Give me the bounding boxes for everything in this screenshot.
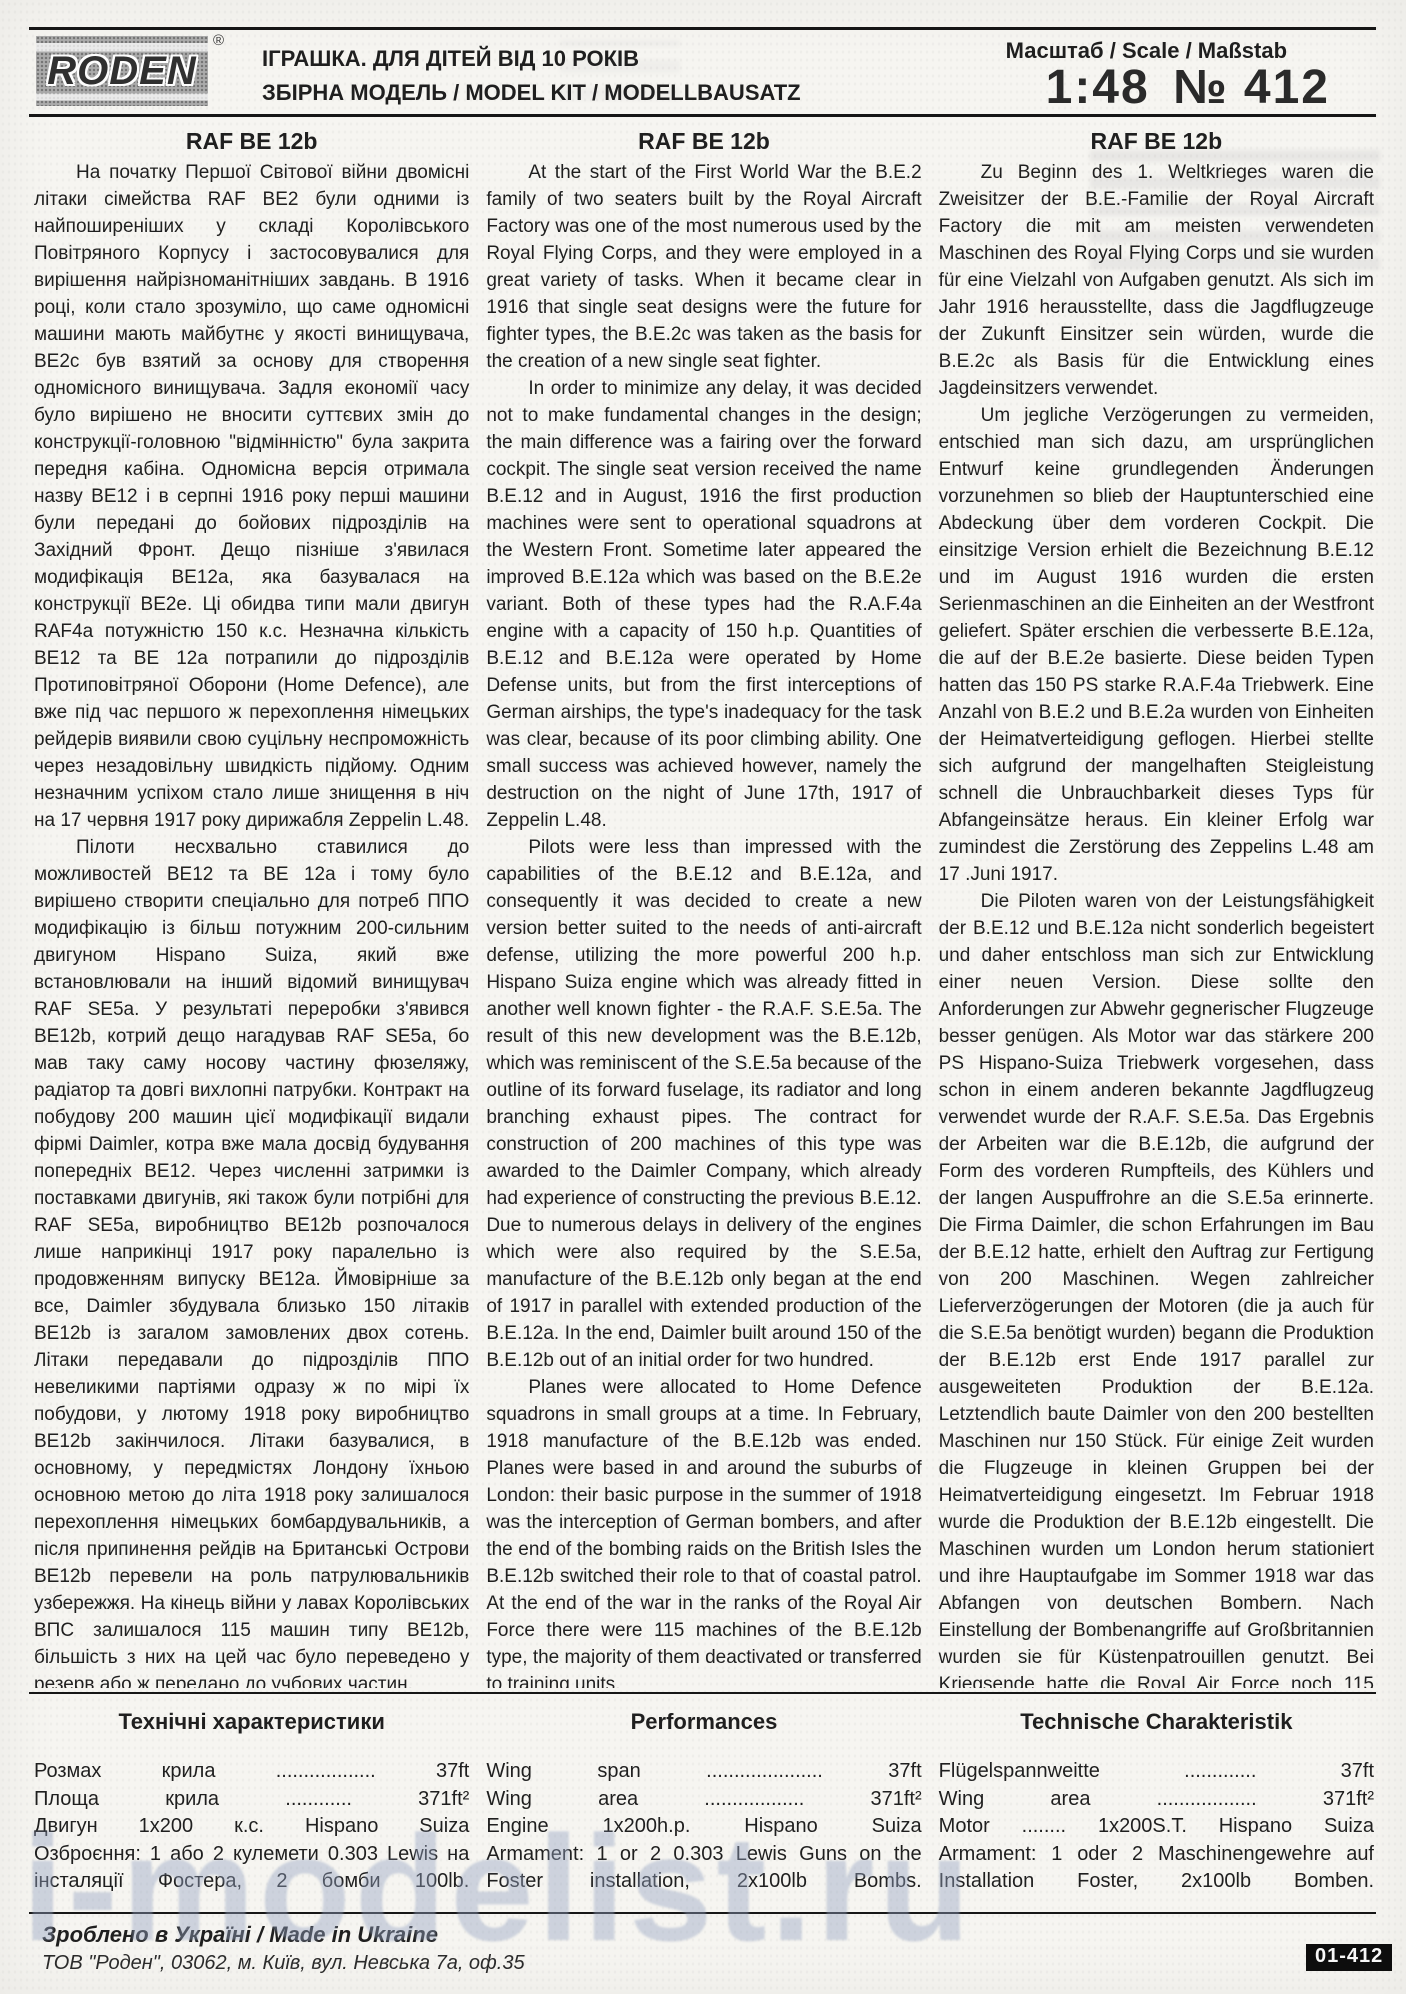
made-in-label: Зроблено в Україні / Made in Ukraine bbox=[42, 1920, 525, 1950]
spec-wing-area: Площа крила ............ 371ft² bbox=[34, 1786, 469, 1814]
header: RODEN ® ІГРАШКА. ДЛЯ ДІТЕЙ ВІД 10 РОКІВ … bbox=[36, 36, 1375, 112]
paragraph: Пілоти несхвально ставилися до можливост… bbox=[34, 834, 469, 1688]
specs-heading: Technische Charakteristik bbox=[939, 1708, 1374, 1736]
spec-engine: Motor ........ 1x200S.T. Hispano Suiza bbox=[939, 1813, 1374, 1841]
column-heading: RAF BE 12b bbox=[939, 126, 1374, 156]
footer-divider-rule bbox=[29, 1912, 1376, 1914]
brand-name: RODEN bbox=[47, 49, 196, 94]
paragraph: Die Piloten waren von der Leistungsfähig… bbox=[939, 888, 1374, 1688]
specs-heading: Технічні характеристики bbox=[34, 1708, 469, 1736]
specs-ukrainian: Технічні характеристики Розмах крила ...… bbox=[34, 1708, 469, 1896]
spec-wing-span: Flügelspannweitte ............. 37ft bbox=[939, 1758, 1374, 1786]
header-titles: ІГРАШКА. ДЛЯ ДІТЕЙ ВІД 10 РОКІВ ЗБІРНА М… bbox=[262, 36, 801, 112]
spec-armament-cont: Installation Foster, 2x100lb Bomben. bbox=[939, 1868, 1374, 1896]
spec-engine: Двигун 1x200 к.с. Hispano Suiza bbox=[34, 1813, 469, 1841]
scale-value: 1:48 bbox=[1046, 60, 1150, 115]
model-kit-label: ЗБІРНА МОДЕЛЬ / MODEL KIT / MODELLBAUSAT… bbox=[262, 78, 801, 108]
column-heading: RAF BE 12b bbox=[486, 126, 921, 156]
paragraph: На початку Першої Світової війни двомісн… bbox=[34, 159, 469, 834]
top-border-rule bbox=[29, 27, 1376, 30]
paragraph: Planes were allocated to Home Defence sq… bbox=[486, 1374, 921, 1688]
header-scale-block: Масштаб / Scale / Maßstab 1:48 № 412 bbox=[801, 36, 1375, 112]
company-address: ТОВ "Роден", 03062, м. Київ, вул. Невськ… bbox=[42, 1950, 525, 1976]
kit-code-badge: 01-412 bbox=[1306, 1944, 1392, 1971]
spec-armament: Armament: 1 or 2 0.303 Lewis Guns on the bbox=[486, 1841, 921, 1869]
history-text-columns: RAF BE 12b На початку Першої Світової ві… bbox=[34, 126, 1374, 1688]
header-divider-rule bbox=[29, 114, 1376, 117]
toy-age-notice: ІГРАШКА. ДЛЯ ДІТЕЙ ВІД 10 РОКІВ bbox=[262, 44, 801, 74]
registered-trademark-icon: ® bbox=[213, 32, 224, 49]
column-heading: RAF BE 12b bbox=[34, 126, 469, 156]
spec-armament-cont: Foster installation, 2x100lb Bombs. bbox=[486, 1868, 921, 1896]
spec-engine: Engine 1x200h.p. Hispano Suiza bbox=[486, 1813, 921, 1841]
spec-wing-area: Wing area .................. 371ft² bbox=[486, 1786, 921, 1814]
column-german: RAF BE 12b Zu Beginn des 1. Weltkrieges … bbox=[939, 126, 1374, 1688]
spec-armament: Озброєння: 1 або 2 кулемети 0.303 Lewis … bbox=[34, 1841, 469, 1869]
footer: Зроблено в Україні / Made in Ukraine ТОВ… bbox=[42, 1920, 525, 1976]
column-ukrainian: RAF BE 12b На початку Першої Світової ві… bbox=[34, 126, 469, 1688]
roden-logo: RODEN ® bbox=[36, 36, 208, 106]
paragraph: Pilots were less than impressed with the… bbox=[486, 834, 921, 1374]
instruction-sheet-page: RODEN ® ІГРАШКА. ДЛЯ ДІТЕЙ ВІД 10 РОКІВ … bbox=[0, 0, 1406, 1994]
kit-number: № 412 bbox=[1173, 60, 1330, 115]
paragraph: In order to minimize any delay, it was d… bbox=[486, 375, 921, 834]
paragraph: At the start of the First World War the … bbox=[486, 159, 921, 375]
specs-heading: Performances bbox=[486, 1708, 921, 1736]
spec-wing-span: Wing span ..................... 37ft bbox=[486, 1758, 921, 1786]
spec-wing-span: Розмах крила .................. 37ft bbox=[34, 1758, 469, 1786]
spec-armament-cont: інсталяції Фостера, 2 бомби 100lb. bbox=[34, 1868, 469, 1896]
spec-wing-area: Wing area .................. 371ft² bbox=[939, 1786, 1374, 1814]
paragraph: Zu Beginn des 1. Weltkrieges waren die Z… bbox=[939, 159, 1374, 402]
technical-specs: Технічні характеристики Розмах крила ...… bbox=[34, 1708, 1374, 1896]
column-english: RAF BE 12b At the start of the First Wor… bbox=[486, 126, 921, 1688]
paragraph: Um jegliche Verzögerungen zu vermeiden, … bbox=[939, 402, 1374, 888]
spec-armament: Armament: 1 oder 2 Maschinengewehre auf bbox=[939, 1841, 1374, 1869]
specs-german: Technische Charakteristik Flügelspannwei… bbox=[939, 1708, 1374, 1896]
specs-english: Performances Wing span .................… bbox=[486, 1708, 921, 1896]
specs-divider-rule bbox=[29, 1692, 1376, 1694]
